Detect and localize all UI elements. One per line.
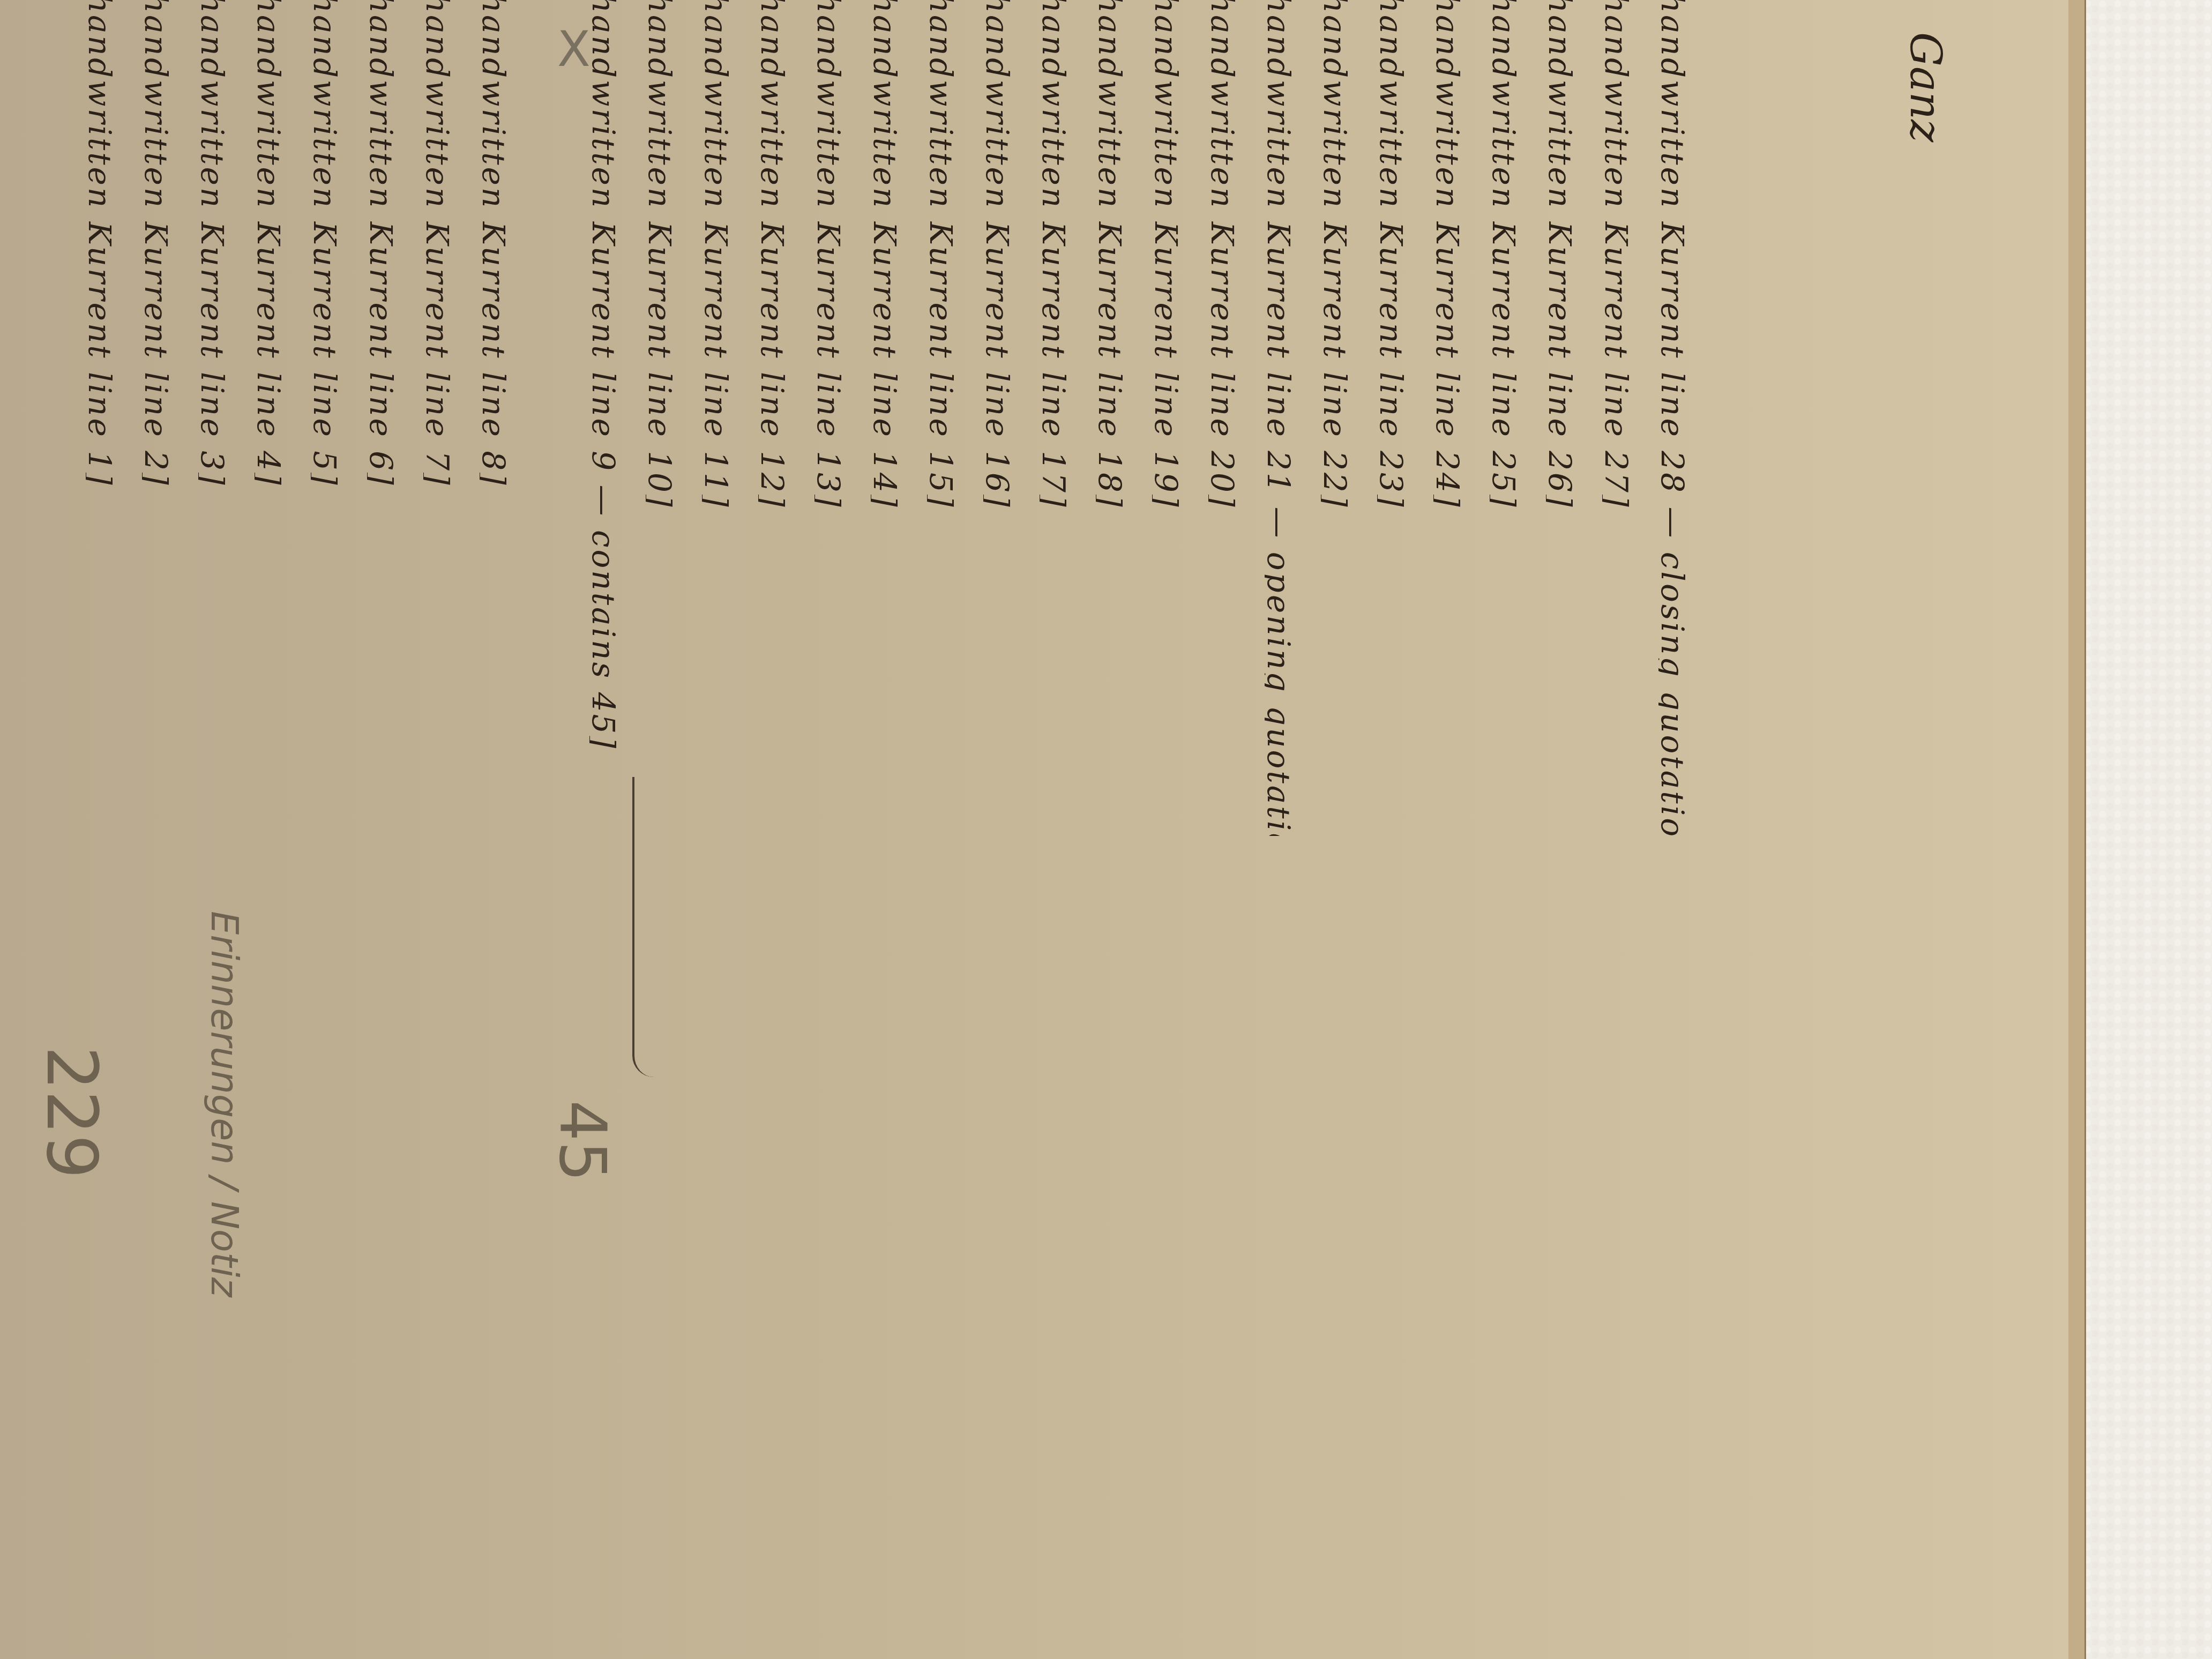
text-line: [handwritten Kurrent line 5] <box>311 0 343 836</box>
signature: Ganz <box>1901 32 1951 142</box>
text-line: [handwritten Kurrent line 14] <box>871 0 903 836</box>
page-edge <box>2068 0 2086 1659</box>
text-line: [handwritten Kurrent line 23] <box>1377 0 1409 836</box>
text-line: [handwritten Kurrent line 28 — closing q… <box>1658 0 1691 836</box>
text-line: [handwritten Kurrent line 19] <box>1152 0 1184 836</box>
text-line: [handwritten Kurrent line 24] <box>1433 0 1466 836</box>
text-line: [handwritten Kurrent line 2] <box>142 0 174 836</box>
text-line: [handwritten Kurrent line 22] <box>1321 0 1353 836</box>
text-line: [handwritten Kurrent line 26] <box>1546 0 1578 836</box>
text-line: [handwritten Kurrent line 6] <box>367 0 399 836</box>
text-line: [handwritten Kurrent line 25] <box>1490 0 1522 836</box>
text-line: [handwritten Kurrent line 20] <box>1208 0 1240 836</box>
text-line: [handwritten Kurrent line 27] <box>1602 0 1634 836</box>
text-line: [handwritten Kurrent line 4] <box>255 0 287 836</box>
manuscript-page: 229 Erinnerungen / Notiz 45 X [handwritt… <box>0 0 2084 1659</box>
text-line: [handwritten Kurrent line 17] <box>1040 0 1072 836</box>
letter-body: [handwritten Kurrent line 1] [handwritte… <box>86 0 2015 1659</box>
text-line: [handwritten Kurrent line 1] <box>86 0 118 836</box>
text-line: [handwritten Kurrent line 11] <box>702 0 734 836</box>
text-line: [handwritten Kurrent line 7] <box>423 0 455 836</box>
text-line: [handwritten Kurrent line 21 — opening q… <box>1265 0 1297 836</box>
text-line: [handwritten Kurrent line 10] <box>646 0 678 836</box>
text-line: [handwritten Kurrent line 13] <box>814 0 847 836</box>
text-line: [handwritten Kurrent line 16] <box>983 0 1015 836</box>
text-line: [handwritten Kurrent line 9 — contains 4… <box>589 0 622 836</box>
text-line: [handwritten Kurrent line 15] <box>927 0 959 836</box>
text-line: [handwritten Kurrent line 8] <box>480 0 512 836</box>
text-line: [handwritten Kurrent line 12] <box>758 0 790 836</box>
text-line: [handwritten Kurrent line 3] <box>198 0 230 836</box>
background-cloth <box>2084 0 2212 1659</box>
text-line: [handwritten Kurrent line 18] <box>1096 0 1128 836</box>
